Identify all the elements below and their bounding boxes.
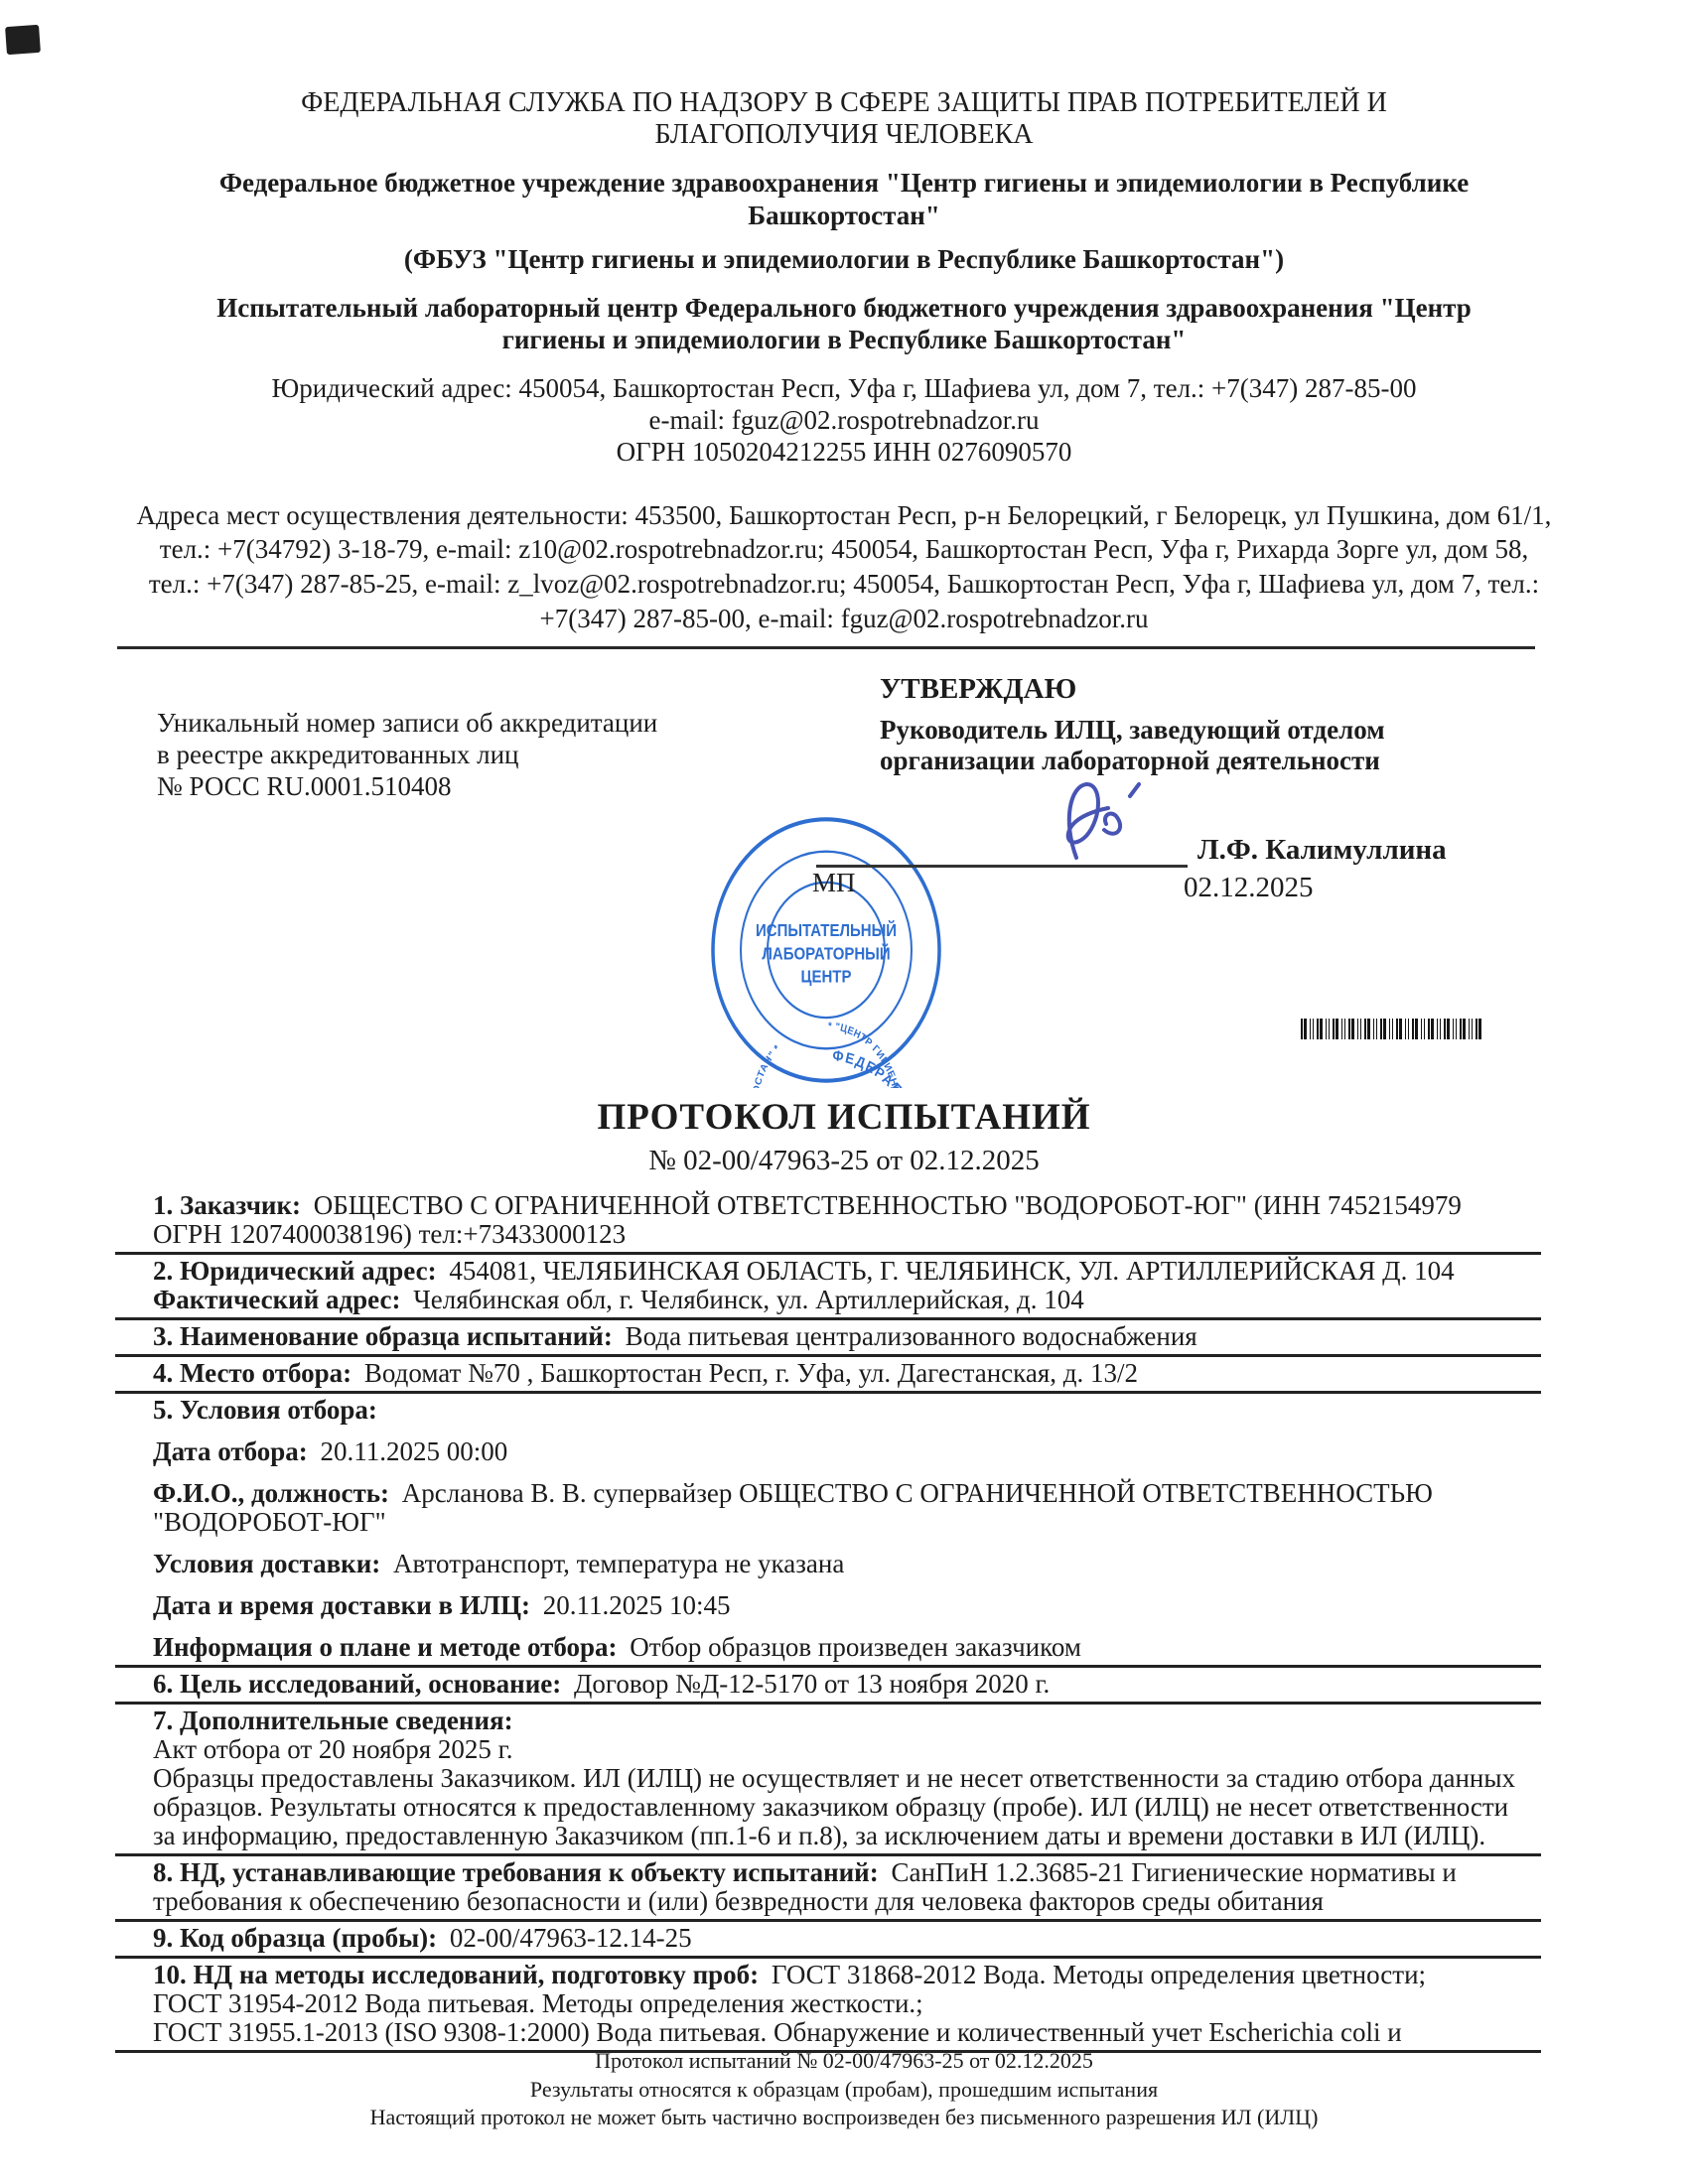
sampler-fio-row: Ф.И.О., должность: Арсланова В. В. супер… — [115, 1477, 1541, 1540]
barcode — [1301, 1019, 1481, 1039]
stamp-place-label: МП — [812, 868, 856, 898]
handwritten-signature-icon — [1043, 774, 1152, 869]
research-purpose-label: 6. Цель исследований, основание: — [153, 1669, 561, 1699]
sampling-place-label: 4. Место отбора: — [153, 1358, 352, 1388]
section-legal-address: 2. Юридический адрес: 454081, ЧЕЛЯБИНСКА… — [115, 1255, 1541, 1320]
research-purpose-value: Договор №Д-12-5170 от 13 ноября 2020 г. — [574, 1669, 1050, 1699]
sampler-fio-label: Ф.И.О., должность: — [153, 1478, 389, 1508]
header-divider — [117, 646, 1535, 649]
stamp-texts: ФЕДЕРАЛЬНОЕ БЮДЖЕТНОЕ УЧРЕЖДЕНИЕ ЗДРАВОО… — [719, 920, 933, 1088]
protocol-title-block: ПРОТОКОЛ ИСПЫТАНИЙ № 02-00/47963-25 от 0… — [0, 1096, 1688, 1177]
protocol-number: № 02-00/47963-25 от 02.12.2025 — [0, 1145, 1688, 1177]
disclaimer-paragraph: Образцы предоставлены Заказчиком. ИЛ (ИЛ… — [153, 1764, 1527, 1850]
section-customer-value: ОБЩЕСТВО С ОГРАНИЧЕННОЙ ОТВЕТСТВЕННОСТЬЮ… — [153, 1190, 1462, 1249]
approver-position-line2: организации лабораторной деятельности — [880, 746, 1495, 776]
section-additional-info: 7. Дополнительные сведения: Акт отбора о… — [115, 1705, 1541, 1856]
delivery-conditions-value: Автотранспорт, температура не указана — [393, 1549, 844, 1578]
ogrn-inn: ОГРН 1050204212255 ИНН 0276090570 — [0, 437, 1688, 469]
stamp-center-line3: ЦЕНТР — [801, 967, 852, 986]
method-nd-value: ГОСТ 31868-2012 Вода. Методы определения… — [772, 1960, 1426, 1989]
delivery-datetime-value: 20.11.2025 10:45 — [543, 1590, 731, 1620]
sampling-act-line: Акт отбора от 20 ноября 2025 г. — [153, 1735, 1527, 1764]
section-research-purpose: 6. Цель исследований, основание: Договор… — [115, 1668, 1541, 1705]
approver-position-line1: Руководитель ИЛЦ, заведующий отделом — [880, 715, 1495, 746]
method-nd-line2: ГОСТ 31954-2012 Вода питьевая. Методы оп… — [153, 1989, 1527, 2018]
stamp-center-line1: ИСПЫТАТЕЛЬНЫЙ — [756, 920, 897, 940]
sampling-date-row: Дата отбора: 20.11.2025 00:00 — [115, 1435, 1541, 1469]
delivery-conditions-label: Условия доставки: — [153, 1549, 380, 1578]
sampling-plan-label: Информация о плане и методе отбора: — [153, 1632, 618, 1662]
section-sample-code: 9. Код образца (пробы): 02-00/47963-12.1… — [115, 1922, 1541, 1959]
legal-address-value: 454081, ЧЕЛЯБИНСКАЯ ОБЛАСТЬ, Г. ЧЕЛЯБИНС… — [449, 1256, 1454, 1286]
protocol-title: ПРОТОКОЛ ИСПЫТАНИЙ — [0, 1096, 1688, 1139]
protocol-sections: 1. Заказчик: ОБЩЕСТВО С ОГРАНИЧЕННОЙ ОТВ… — [115, 1189, 1541, 2053]
additional-info-header: 7. Дополнительные сведения: — [153, 1706, 1527, 1735]
additional-info-label: 7. Дополнительные сведения: — [153, 1706, 513, 1735]
organization-name: Федеральное бюджетное учреждение здравоо… — [199, 167, 1489, 231]
legal-address-row: 2. Юридический адрес: 454081, ЧЕЛЯБИНСКА… — [153, 1257, 1527, 1286]
footer-reproduction-note: Настоящий протокол не может быть частичн… — [0, 2104, 1688, 2132]
section-sampling-conditions-header: 5. Условия отбора: — [115, 1394, 1541, 1428]
organization-abbreviation: (ФБУЗ "Центр гигиены и эпидемиологии в Р… — [199, 243, 1489, 275]
delivery-datetime-label: Дата и время доставки в ИЛЦ: — [153, 1590, 530, 1620]
method-nd-header: 10. НД на методы исследований, подготовк… — [153, 1961, 1527, 1989]
round-lab-stamp-icon: ФЕДЕРАЛЬНОЕ БЮДЖЕТНОЕ УЧРЕЖДЕНИЕ ЗДРАВОО… — [707, 812, 945, 1088]
header-email: e-mail: fguz@02.rospotrebnadzor.ru — [0, 405, 1688, 437]
sample-name-label: 3. Наименование образца испытаний: — [153, 1321, 613, 1351]
protocol-document-page: ФЕДЕРАЛЬНАЯ СЛУЖБА ПО НАДЗОРУ В СФЕРЕ ЗА… — [0, 0, 1688, 2184]
activity-addresses: Адреса мест осуществления деятельности: … — [134, 498, 1554, 635]
delivery-conditions-row: Условия доставки: Автотранспорт, темпера… — [115, 1548, 1541, 1581]
actual-address-value: Челябинская обл, г. Челябинск, ул. Артил… — [413, 1285, 1083, 1314]
actual-address-label: Фактический адрес: — [153, 1285, 400, 1314]
signer-name: Л.Ф. Калимуллина — [1197, 834, 1447, 867]
legal-address-label: 2. Юридический адрес: — [153, 1256, 437, 1286]
sample-name-value: Вода питьевая централизованного водоснаб… — [626, 1321, 1197, 1351]
agency-name: ФЕДЕРАЛЬНАЯ СЛУЖБА ПО НАДЗОРУ В СФЕРЕ ЗА… — [209, 87, 1479, 151]
legal-address: Юридический адрес: 450054, Башкортостан … — [0, 373, 1688, 405]
method-nd-line3: ГОСТ 31955.1-2013 (ISO 9308-1:2000) Вода… — [153, 2018, 1527, 2047]
sampling-plan-value: Отбор образцов произведен заказчиком — [630, 1632, 1081, 1662]
sample-code-value: 02-00/47963-12.14-25 — [450, 1923, 692, 1953]
actual-address-row: Фактический адрес: Челябинская обл, г. Ч… — [153, 1286, 1527, 1314]
sample-code-label: 9. Код образца (пробы): — [153, 1923, 437, 1953]
document-header: ФЕДЕРАЛЬНАЯ СЛУЖБА ПО НАДЗОРУ В СФЕРЕ ЗА… — [0, 87, 1688, 635]
accreditation-line2: в реестре аккредитованных лиц — [157, 739, 673, 770]
scan-artifact-mark — [5, 25, 41, 55]
requirements-nd-label: 8. НД, устанавливающие требования к объе… — [153, 1857, 879, 1887]
method-nd-label: 10. НД на методы исследований, подготовк… — [153, 1960, 759, 1989]
stamp-center-line2: ЛАБОРАТОРНЫЙ — [762, 943, 890, 963]
section-sample-name: 3. Наименование образца испытаний: Вода … — [115, 1320, 1541, 1357]
sampling-conditions-label: 5. Условия отбора: — [153, 1395, 377, 1425]
footer-results-note: Результаты относятся к образцам (пробам)… — [0, 2076, 1688, 2105]
accreditation-block: Уникальный номер записи об аккредитации … — [157, 707, 673, 802]
section-sampling-place: 4. Место отбора: Водомат №70 , Башкортос… — [115, 1357, 1541, 1394]
delivery-datetime-row: Дата и время доставки в ИЛЦ: 20.11.2025 … — [115, 1589, 1541, 1623]
section-requirements-nd: 8. НД, устанавливающие требования к объе… — [115, 1856, 1541, 1922]
section-customer-label: 1. Заказчик: — [153, 1190, 301, 1220]
sampling-plan-row: Информация о плане и методе отбора: Отбо… — [115, 1631, 1541, 1668]
section-method-nd: 10. НД на методы исследований, подготовк… — [115, 1959, 1541, 2053]
approval-title: УТВЕРЖДАЮ — [880, 673, 1495, 706]
approval-date: 02.12.2025 — [1184, 872, 1314, 904]
footer-protocol-number: Протокол испытаний № 02-00/47963-25 от 0… — [0, 2047, 1688, 2076]
section-customer: 1. Заказчик: ОБЩЕСТВО С ОГРАНИЧЕННОЙ ОТВ… — [115, 1189, 1541, 1255]
accreditation-number: № РОСС RU.0001.510408 — [157, 770, 673, 802]
approval-block: УТВЕРЖДАЮ Руководитель ИЛЦ, заведующий о… — [880, 673, 1495, 776]
sampling-date-value: 20.11.2025 00:00 — [321, 1436, 508, 1466]
accreditation-line1: Уникальный номер записи об аккредитации — [157, 707, 673, 739]
sampling-place-value: Водомат №70 , Башкортостан Респ, г. Уфа,… — [364, 1358, 1138, 1388]
document-footer: Протокол испытаний № 02-00/47963-25 от 0… — [0, 2047, 1688, 2132]
sampling-date-label: Дата отбора: — [153, 1436, 308, 1466]
lab-center-name: Испытательный лабораторный центр Федерал… — [184, 292, 1504, 356]
